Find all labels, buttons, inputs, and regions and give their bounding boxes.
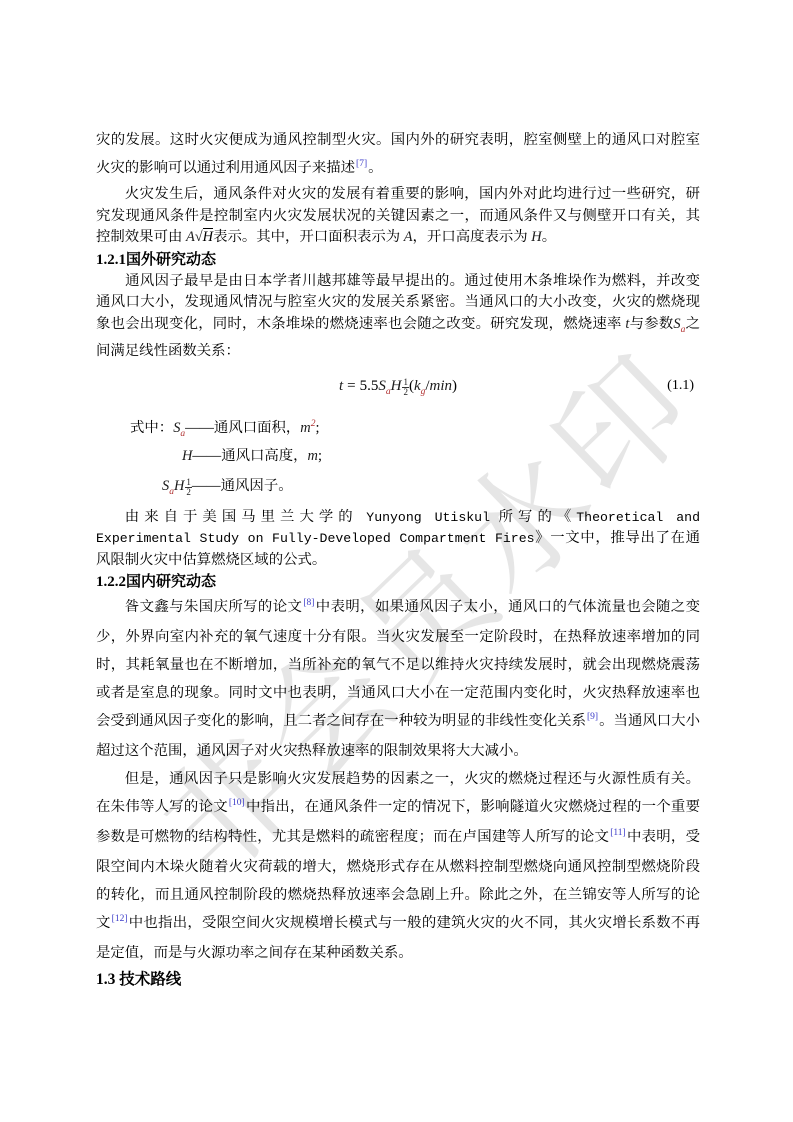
paragraph-text: 昝文鑫与朱国庆所写的论文 (125, 599, 303, 615)
unit-m: m (308, 448, 318, 464)
citation-ref-12: [12] (112, 914, 128, 924)
paragraph-text: 灾的发展。这时火灾便成为通风控制型火灾。国内外的研究表明，腔室侧壁上的通风口对腔… (96, 132, 700, 176)
paragraph-domestic-1: 昝文鑫与朱国庆所写的论文[8]中表明，如果通风因子太小，通风口的气体流量也会随之… (96, 593, 700, 765)
legend-lead: 式中： (130, 420, 173, 436)
paragraph-text: 表示。其中，开口面积表示为 (213, 229, 404, 245)
author-name-latin: Yunyong Utiskul (366, 510, 490, 525)
legend-text: 通风口面积， (214, 420, 300, 436)
paragraph-vent-factor-intro: 灾的发展。这时火灾便成为通风控制型火灾。国内外的研究表明，腔室侧壁上的通风口对腔… (96, 126, 700, 184)
paragraph-text: 由来自于美国马里兰大学的 (125, 509, 366, 525)
legend-line-H: H——通风口高度，m; (96, 445, 700, 467)
heading-1-2-2: 1.2.2国内研究动态 (96, 571, 700, 593)
var-t: t (339, 378, 343, 394)
paragraph-text: 中表明，如果通风因子太小，通风口的气体流量也会随之变少，外界向室内补充的氧气速度… (96, 599, 700, 729)
semicolon: ; (318, 448, 322, 464)
unit-min: min (430, 378, 453, 394)
var-k: k (414, 378, 421, 394)
paren-close: ) (452, 378, 457, 394)
paragraph-text: 与参数 (629, 316, 673, 332)
legend-text: 通风因子。 (221, 478, 293, 494)
heading-1-3: 1.3 技术路线 (96, 969, 700, 991)
heading-1-2-1: 1.2.1国外研究动态 (96, 249, 700, 271)
sqrt-sign: √ (195, 229, 203, 245)
var-S: S (673, 316, 680, 332)
legend-line-vent-factor: SaH12——通风因子。 (96, 471, 700, 507)
paragraph-text: 。 (542, 229, 556, 245)
paragraph-domestic-2: 但是，通风因子只是影响火灾发展趋势的因素之一，火灾的燃烧过程还与火源性质有关。在… (96, 765, 700, 967)
em-dash: —— (192, 448, 221, 464)
var-H: H (391, 378, 402, 394)
var-H: H (174, 478, 184, 494)
paragraph-kawagoe: 通风因子最早是由日本学者川越邦雄等最早提出的。通过使用木条堆垛作为燃料，并改变通… (96, 271, 700, 363)
semicolon: ; (315, 420, 319, 436)
equation-body: t=5.5SaH12(kg/min) (339, 378, 457, 394)
var-A: A (404, 229, 413, 245)
citation-ref-7: [7] (356, 159, 367, 169)
paragraph-text: 中也指出，受限空间火灾规模增长模式与一般的建筑火灾的火不同，其火灾增长系数不再是… (96, 915, 700, 961)
paragraph-text: ，开口高度表示为 (413, 229, 532, 245)
citation-ref-9: [9] (587, 712, 598, 722)
equals-sign: = (347, 378, 355, 394)
paragraph-text: 通风因子最早是由日本学者川越邦雄等最早提出的。通过使用木条堆垛作为燃料，并改变通… (96, 273, 700, 332)
formula-legend: 式中：Sa——通风口面积，m2; H——通风口高度，m; SaH12——通风因子… (96, 413, 700, 507)
equation-1-1: t=5.5SaH12(kg/min) (1.1) (96, 371, 700, 403)
paragraph-text: 所写的《 (490, 509, 576, 525)
citation-ref-8: [8] (303, 598, 314, 608)
em-dash: —— (192, 478, 221, 494)
citation-ref-10: [10] (229, 798, 245, 808)
document-page: 非会员水印 灾的发展。这时火灾便成为通风控制型火灾。国内外的研究表明，腔室侧壁上… (0, 0, 793, 1122)
em-dash: —— (185, 420, 214, 436)
equation-number: (1.1) (667, 371, 694, 401)
legend-line-Sa: 式中：Sa——通风口面积，m2; (96, 413, 700, 445)
frac-denominator: 2 (403, 388, 408, 398)
var-S: S (378, 378, 386, 394)
var-H: H (531, 229, 541, 245)
var-A: A (186, 229, 195, 245)
paragraph-vent-condition: 火灾发生后，通风条件对火灾的发展有着重要的影响，国内外对此均进行过一些研究，研究… (96, 184, 700, 249)
citation-ref-11: [11] (610, 828, 625, 838)
paragraph-text: 。 (368, 160, 382, 176)
legend-text: 通风口高度， (221, 448, 307, 464)
unit-m: m (300, 420, 310, 436)
paragraph-utiskul: 由来自于美国马里兰大学的 Yunyong Utiskul 所写的《Theoret… (96, 507, 700, 572)
var-H: H (182, 448, 192, 464)
frac-denominator: 2 (186, 488, 191, 498)
document-body: 灾的发展。这时火灾便成为通风控制型火灾。国内外的研究表明，腔室侧壁上的通风口对腔… (96, 126, 700, 991)
coefficient: 5.5 (360, 378, 379, 394)
var-H-under-root: H (203, 228, 213, 245)
